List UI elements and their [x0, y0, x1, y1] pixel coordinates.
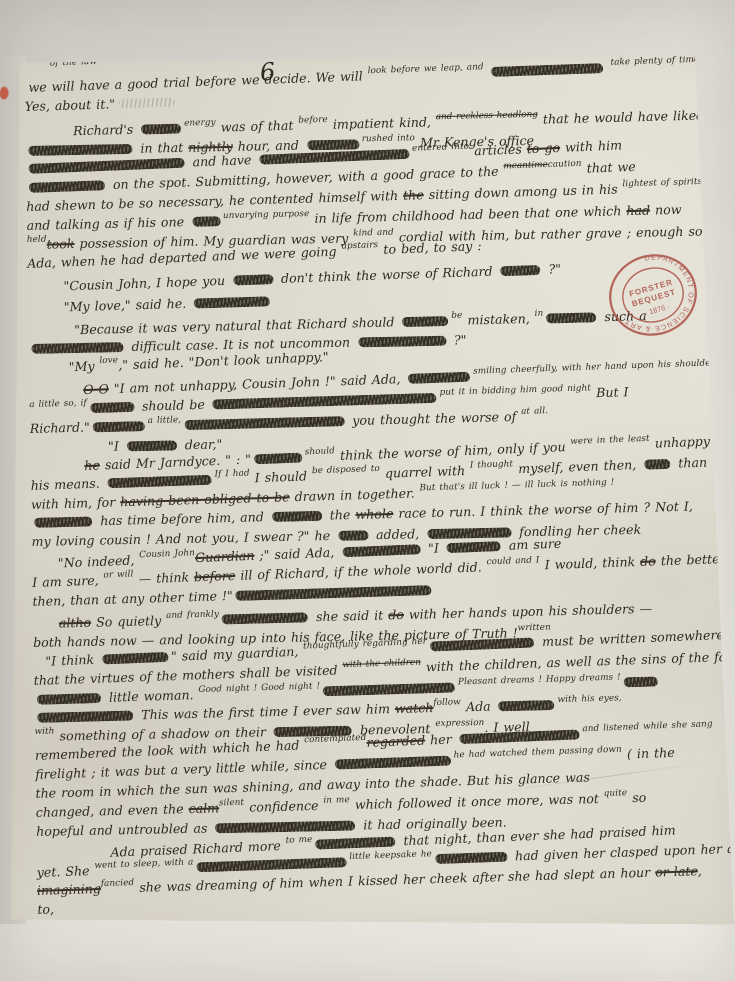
handwritten-text: Yes, about it." [24, 96, 115, 114]
handwritten-text: ?" [543, 261, 561, 277]
handwritten-text: that he would have liked nothing better … [538, 104, 734, 127]
ink-deletion-scribble [272, 511, 322, 522]
interlinear-insertion: take plenty of time [610, 55, 699, 68]
interlinear-insertion: quite [604, 788, 628, 799]
handwritten-text: than [673, 454, 707, 470]
struck-text: he [84, 457, 100, 473]
struck-text: regarded [366, 733, 425, 750]
handwritten-text: changed, and even the [36, 801, 189, 820]
handwritten-text: Richard's [73, 121, 139, 138]
ink-deletion-scribble [102, 652, 168, 665]
handwritten-text: "My love," said he. [64, 295, 192, 314]
handwritten-text: myself, even then, [513, 457, 642, 476]
handwritten-text: don't think the worse of Richard [276, 263, 498, 286]
ink-deletion-scribble [435, 851, 507, 863]
ink-deletion-scribble [338, 531, 368, 542]
ink-deletion-scribble [500, 265, 540, 276]
struck-text: before [194, 568, 236, 584]
handwritten-text: mistaken, [462, 310, 535, 327]
ink-deletion-scribble [37, 692, 101, 704]
interlinear-insertion: expression [435, 718, 484, 729]
struck-insertion: and reckless headlong [436, 109, 538, 122]
handwritten-text: his means. [30, 475, 105, 493]
handwritten-text: sitting down among us in his [424, 182, 623, 203]
interlinear-insertion: entered into [412, 142, 469, 154]
struck-text: do [640, 554, 656, 570]
handwritten-text: she said it [311, 607, 389, 624]
manuscript-paper: 6 183 of the lawwe will have a good tria… [8, 54, 734, 928]
ink-deletion-scribble [408, 372, 470, 384]
interlinear-insertion: follow [433, 698, 461, 709]
interlinear-insertion: at all. [521, 406, 548, 417]
handwritten-text: to bed, to say : [378, 238, 482, 257]
struck-text: had [626, 203, 650, 219]
handwritten-text: "My [69, 358, 100, 374]
handwritten-text: confidence [244, 798, 324, 815]
handwritten-text: impatient kind, [328, 114, 436, 132]
struck-text: took [46, 236, 74, 252]
struck-text: whole [355, 506, 393, 522]
interlinear-insertion: in [534, 308, 543, 318]
ink-deletion-scribble [192, 216, 220, 227]
interlinear-insertion: rushed into [362, 133, 415, 144]
ink-deletion-scribble [323, 682, 455, 696]
struck-text: imagining [37, 881, 101, 898]
handwritten-text: "I think [45, 651, 99, 668]
ink-deletion-scribble [215, 820, 355, 833]
ink-deletion-scribble [460, 730, 580, 745]
handwritten-text: Richard." [30, 419, 90, 435]
handwritten-text: quarrel with [380, 462, 471, 480]
interlinear-insertion: unvarying purpose [223, 209, 310, 221]
handwritten-text: with him, for [31, 494, 121, 512]
handwritten-text: ( in the [622, 745, 675, 762]
struck-insertion: with the children [342, 657, 421, 670]
interlinear-insertion: love [99, 356, 118, 367]
ink-deletion-scribble [213, 393, 437, 410]
handwritten-text: I should [250, 468, 313, 485]
handwritten-text: articles [469, 142, 527, 159]
ink-deletion-scribble [335, 756, 451, 770]
ink-deletion-scribble [37, 711, 133, 723]
interlinear-insertion: caution [548, 159, 582, 170]
handwritten-text: "I [108, 438, 124, 453]
ink-deletion-scribble [624, 676, 658, 687]
handwritten-text: yet. She [36, 862, 94, 879]
struck-text: or late [655, 864, 698, 880]
handwritten-text: — think [133, 569, 194, 586]
ink-deletion-scribble [402, 316, 448, 327]
handwritten-text: with her hands upon his shoulders — [404, 601, 652, 622]
ink-deletion-scribble [28, 143, 132, 155]
handwritten-text: hopeful and untroubled as [36, 820, 213, 839]
interlinear-insertion: I thought [470, 459, 513, 470]
handwritten-text: , [698, 864, 702, 879]
interlinear-insertion: before [298, 115, 328, 126]
ink-deletion-scribble [702, 55, 734, 69]
interlinear-insertion: kind and [353, 228, 394, 239]
handwritten-text: " said my guardian, [171, 643, 304, 663]
interlinear-insertion: silent [219, 798, 244, 809]
handwritten-text: with him [560, 138, 623, 155]
handwritten-text: This was the first time I ever saw him [136, 701, 395, 722]
handwritten-text: I would, think [539, 554, 640, 572]
handwritten-text: So quietly [91, 613, 166, 630]
ink-deletion-scribble [342, 545, 420, 558]
ink-deletion-scribble [236, 585, 432, 601]
interlinear-insertion: lightest of spirits [622, 177, 702, 189]
handwritten-text: and talking as if his one [26, 214, 189, 233]
struck-text: Guardian [195, 548, 255, 565]
handwritten-text: drawn in together. [289, 485, 419, 504]
ink-deletion-scribble [127, 440, 177, 451]
ink-deletion-scribble [29, 181, 105, 194]
interlinear-insertion: went to sleep, with a [94, 857, 193, 870]
handwritten-text: the better of him [656, 550, 734, 569]
interlinear-insertion: or will [103, 570, 133, 581]
handwritten-text: so [627, 790, 646, 805]
ink-deletion-scribble [141, 123, 181, 134]
interlinear-insertion: could and I [486, 556, 539, 568]
interlinear-insertion: fancied [101, 878, 135, 889]
interlinear-insertion: and frankly [166, 609, 219, 620]
handwritten-text: then, than at any other time !" [32, 588, 233, 609]
interlinear-insertion: with his eyes, [557, 694, 621, 706]
ink-deletion-scribble [447, 541, 501, 553]
struck-text: watch [395, 700, 434, 716]
ink-deletion-scribble [93, 421, 145, 432]
interlinear-insertion: energy [184, 117, 216, 128]
interlinear-insertion: written [518, 622, 551, 633]
struck-text: having been obliged to be [120, 489, 290, 509]
interlinear-insertion: be disposed to [312, 464, 380, 476]
handwritten-text: Ada [461, 699, 496, 715]
struck-text: O O [83, 381, 109, 397]
ink-deletion-scribble [31, 343, 123, 355]
struck-text: to go [526, 140, 560, 156]
handwritten-text: to, [37, 902, 54, 917]
handwritten-text: you thought the worse of [347, 409, 521, 428]
handwritten-text: unhappy through [650, 431, 734, 451]
ink-deletion-scribble [196, 857, 346, 872]
struck-text: the [403, 187, 424, 203]
ink-deletion-scribble [499, 700, 555, 711]
ink-deletion-scribble [491, 63, 603, 77]
ink-deletion-scribble [222, 612, 308, 624]
interlinear-insertion: held [27, 235, 47, 245]
handwritten-text: I am sure, [32, 573, 104, 590]
interlinear-insertion: were in the least [570, 434, 650, 447]
manuscript-lines: of the lawwe will have a good trial befo… [24, 54, 734, 920]
interlinear-insertion: of the law [50, 57, 97, 69]
interlinear-insertion: contemplated [304, 733, 367, 745]
ink-deletion-scribble [29, 158, 185, 174]
handwritten-text: dear," [180, 436, 223, 452]
interlinear-insertion: a little, [148, 415, 182, 426]
struck-insertion: meantime [503, 160, 548, 172]
interlinear-insertion: If I had [214, 468, 249, 479]
handwritten-text: the [325, 507, 356, 523]
interlinear-insertion: a little so, if [29, 398, 87, 410]
handwritten-text: "I [423, 541, 444, 557]
ink-deletion-scribble [194, 296, 270, 308]
ink-deletion-scribble [315, 836, 395, 849]
ink-deletion-scribble [233, 274, 273, 285]
struck-text: altho [59, 615, 92, 631]
struck-text: newest [702, 178, 734, 194]
handwritten-text: and have [187, 152, 256, 170]
handwritten-text: should be [137, 397, 210, 414]
ink-deletion-scribble [546, 312, 596, 323]
ink-deletion-scribble [90, 402, 134, 413]
ink-deletion-scribble [644, 459, 670, 470]
handwritten-text: ;" said Ada, [254, 545, 339, 563]
struck-text: do [388, 607, 404, 622]
interlinear-insertion: in me [323, 795, 350, 806]
manuscript-photo: 6 183 of the lawwe will have a good tria… [0, 0, 735, 981]
struck-text: calm [188, 800, 219, 816]
red-edge-mark [0, 86, 9, 100]
handwritten-text: little woman. [104, 687, 199, 705]
interlinear-insertion: with [34, 727, 54, 737]
interlinear-insertion: upstairs [341, 240, 378, 251]
interlinear-insertion: Cousin John [139, 548, 195, 560]
handwritten-text: was of that [216, 117, 299, 134]
interlinear-insertion: little keepsake he [349, 849, 432, 862]
ink-deletion-scribble [254, 452, 302, 464]
interlinear-insertion: should [305, 446, 336, 457]
handwritten-text: "No indeed, [58, 553, 140, 571]
handwritten-text: which followed it once more, was not [350, 791, 604, 812]
interlinear-insertion: be [451, 310, 462, 320]
handwritten-text: has time before him, and [95, 510, 269, 529]
handwritten-text: her [425, 731, 457, 747]
ink-deletion-scribble [259, 149, 409, 165]
interlinear-insertion: to me [285, 834, 312, 845]
ink-deletion-scribble [430, 637, 534, 651]
handwritten-text: that we [582, 159, 636, 176]
handwritten-text: am sure [504, 536, 562, 553]
handwritten-text: But I [591, 384, 629, 400]
handwritten-text: now [650, 202, 682, 218]
ink-deletion-scribble [184, 416, 344, 430]
handwritten-text: "Cousin John, I hope you [63, 272, 230, 293]
pencil-scribble [119, 97, 175, 108]
ink-deletion-scribble [108, 474, 212, 488]
ink-deletion-scribble [34, 517, 92, 528]
